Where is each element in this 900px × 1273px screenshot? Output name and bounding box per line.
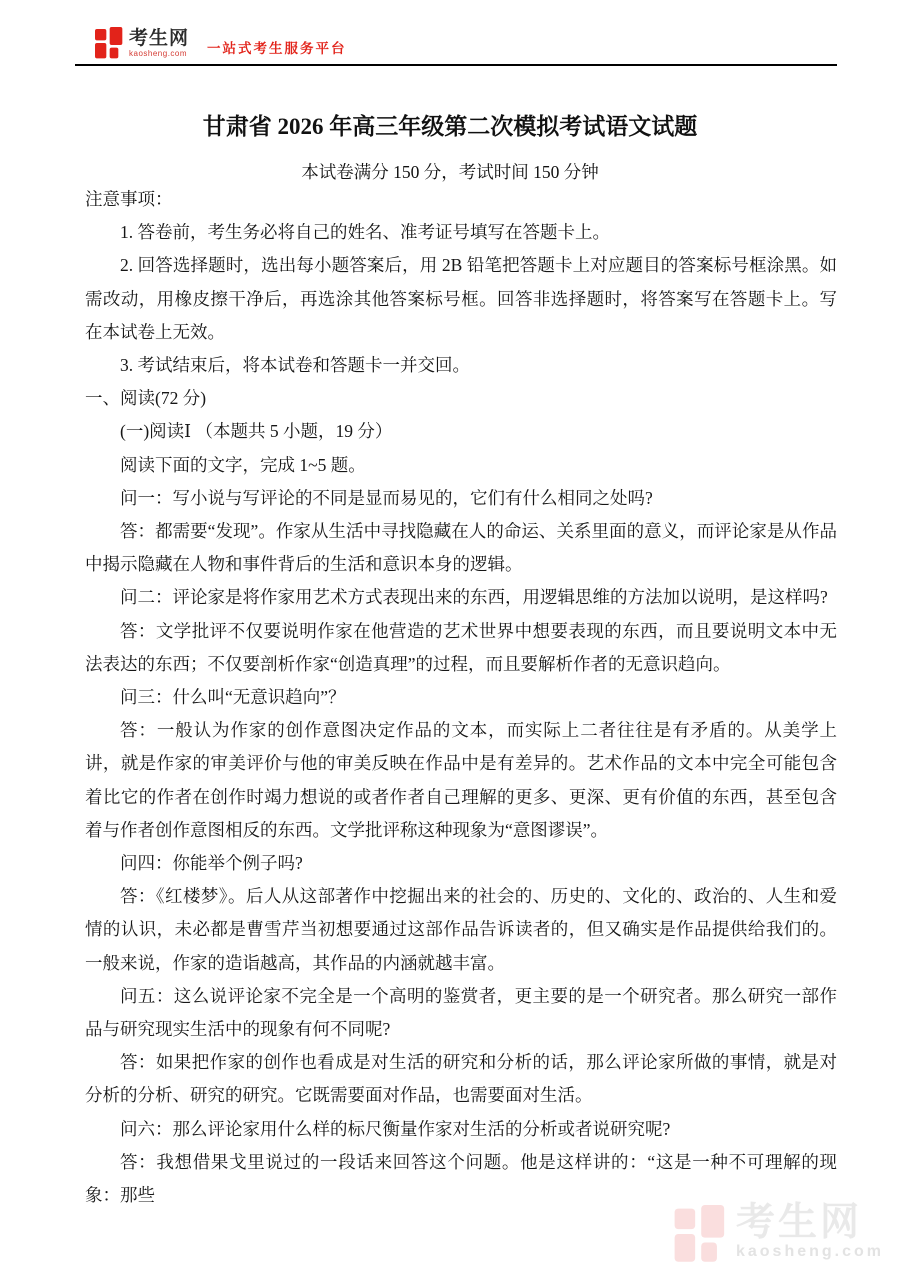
paragraph: 问五：这么说评论家不完全是一个高明的鉴赏者，更主要的是一个研究者。那么研究一部作… [85, 980, 837, 1046]
watermark-site-domain: kaosheng.com [736, 1243, 884, 1261]
kaosheng-logo-icon [94, 27, 124, 59]
header-tagline: 一站式考生服务平台 [207, 37, 347, 59]
paragraph: 答：都需要“发现”。作家从生活中寻找隐藏在人的命运、关系里面的意义，而评论家是从… [85, 515, 837, 581]
watermark: 考生网 kaosheng.com [672, 1203, 884, 1263]
paragraph: 1. 答卷前，考生务必将自己的姓名、准考证号填写在答题卡上。 [85, 216, 837, 249]
kaosheng-watermark-logo-icon [672, 1205, 728, 1263]
site-header: 考生网 kaosheng.com 一站式考生服务平台 [94, 27, 347, 59]
paragraph: 问三：什么叫“无意识趋向”？ [85, 681, 837, 714]
paragraph: 注意事项： [85, 183, 837, 216]
paragraph: 阅读下面的文字，完成 1~5 题。 [85, 449, 837, 482]
exam-document-page: 考生网 kaosheng.com 一站式考生服务平台 甘肃省 2026 年高三年… [0, 0, 900, 1273]
paragraph: 问四：你能举个例子吗? [85, 847, 837, 880]
watermark-text-block: 考生网 kaosheng.com [736, 1203, 884, 1261]
document-body: 注意事项：1. 答卷前，考生务必将自己的姓名、准考证号填写在答题卡上。2. 回答… [85, 183, 837, 1212]
paragraph: (一)阅读Ⅰ （本题共 5 小题，19 分） [85, 415, 837, 448]
header-divider [75, 64, 837, 66]
paragraph: 问六：那么评论家用什么样的标尺衡量作家对生活的分析或者说研究呢? [85, 1113, 837, 1146]
paragraph: 答：《红楼梦》。后人从这部著作中挖掘出来的社会的、历史的、文化的、政治的、人生和… [85, 880, 837, 980]
paragraph: 答：文学批评不仅要说明作家在他营造的艺术世界中想要表现的东西，而且要说明文本中无… [85, 615, 837, 681]
page-subtitle: 本试卷满分 150 分，考试时间 150 分钟 [0, 159, 900, 185]
paragraph: 2. 回答选择题时，选出每小题答案后，用 2B 铅笔把答题卡上对应题目的答案标号… [85, 249, 837, 349]
paragraph: 3. 考试结束后，将本试卷和答题卡一并交回。 [85, 349, 837, 382]
paragraph: 一、阅读(72 分) [85, 382, 837, 415]
paragraph: 问一：写小说与写评论的不同是显而易见的，它们有什么相同之处吗? [85, 482, 837, 515]
logo-site-name: 考生网 [129, 29, 189, 49]
page-title: 甘肃省 2026 年高三年级第二次模拟考试语文试题 [0, 110, 900, 144]
logo-text-block: 考生网 kaosheng.com [129, 29, 189, 58]
paragraph: 问二：评论家是将作家用艺术方式表现出来的东西，用逻辑思维的方法加以说明，是这样吗… [85, 581, 837, 614]
paragraph: 答：一般认为作家的创作意图决定作品的文本，而实际上二者往往是有矛盾的。从美学上讲… [85, 714, 837, 847]
paragraph: 答：如果把作家的创作也看成是对生活的研究和分析的话，那么评论家所做的事情，就是对… [85, 1046, 837, 1112]
logo-site-domain: kaosheng.com [129, 49, 189, 58]
watermark-site-name: 考生网 [736, 1203, 884, 1243]
